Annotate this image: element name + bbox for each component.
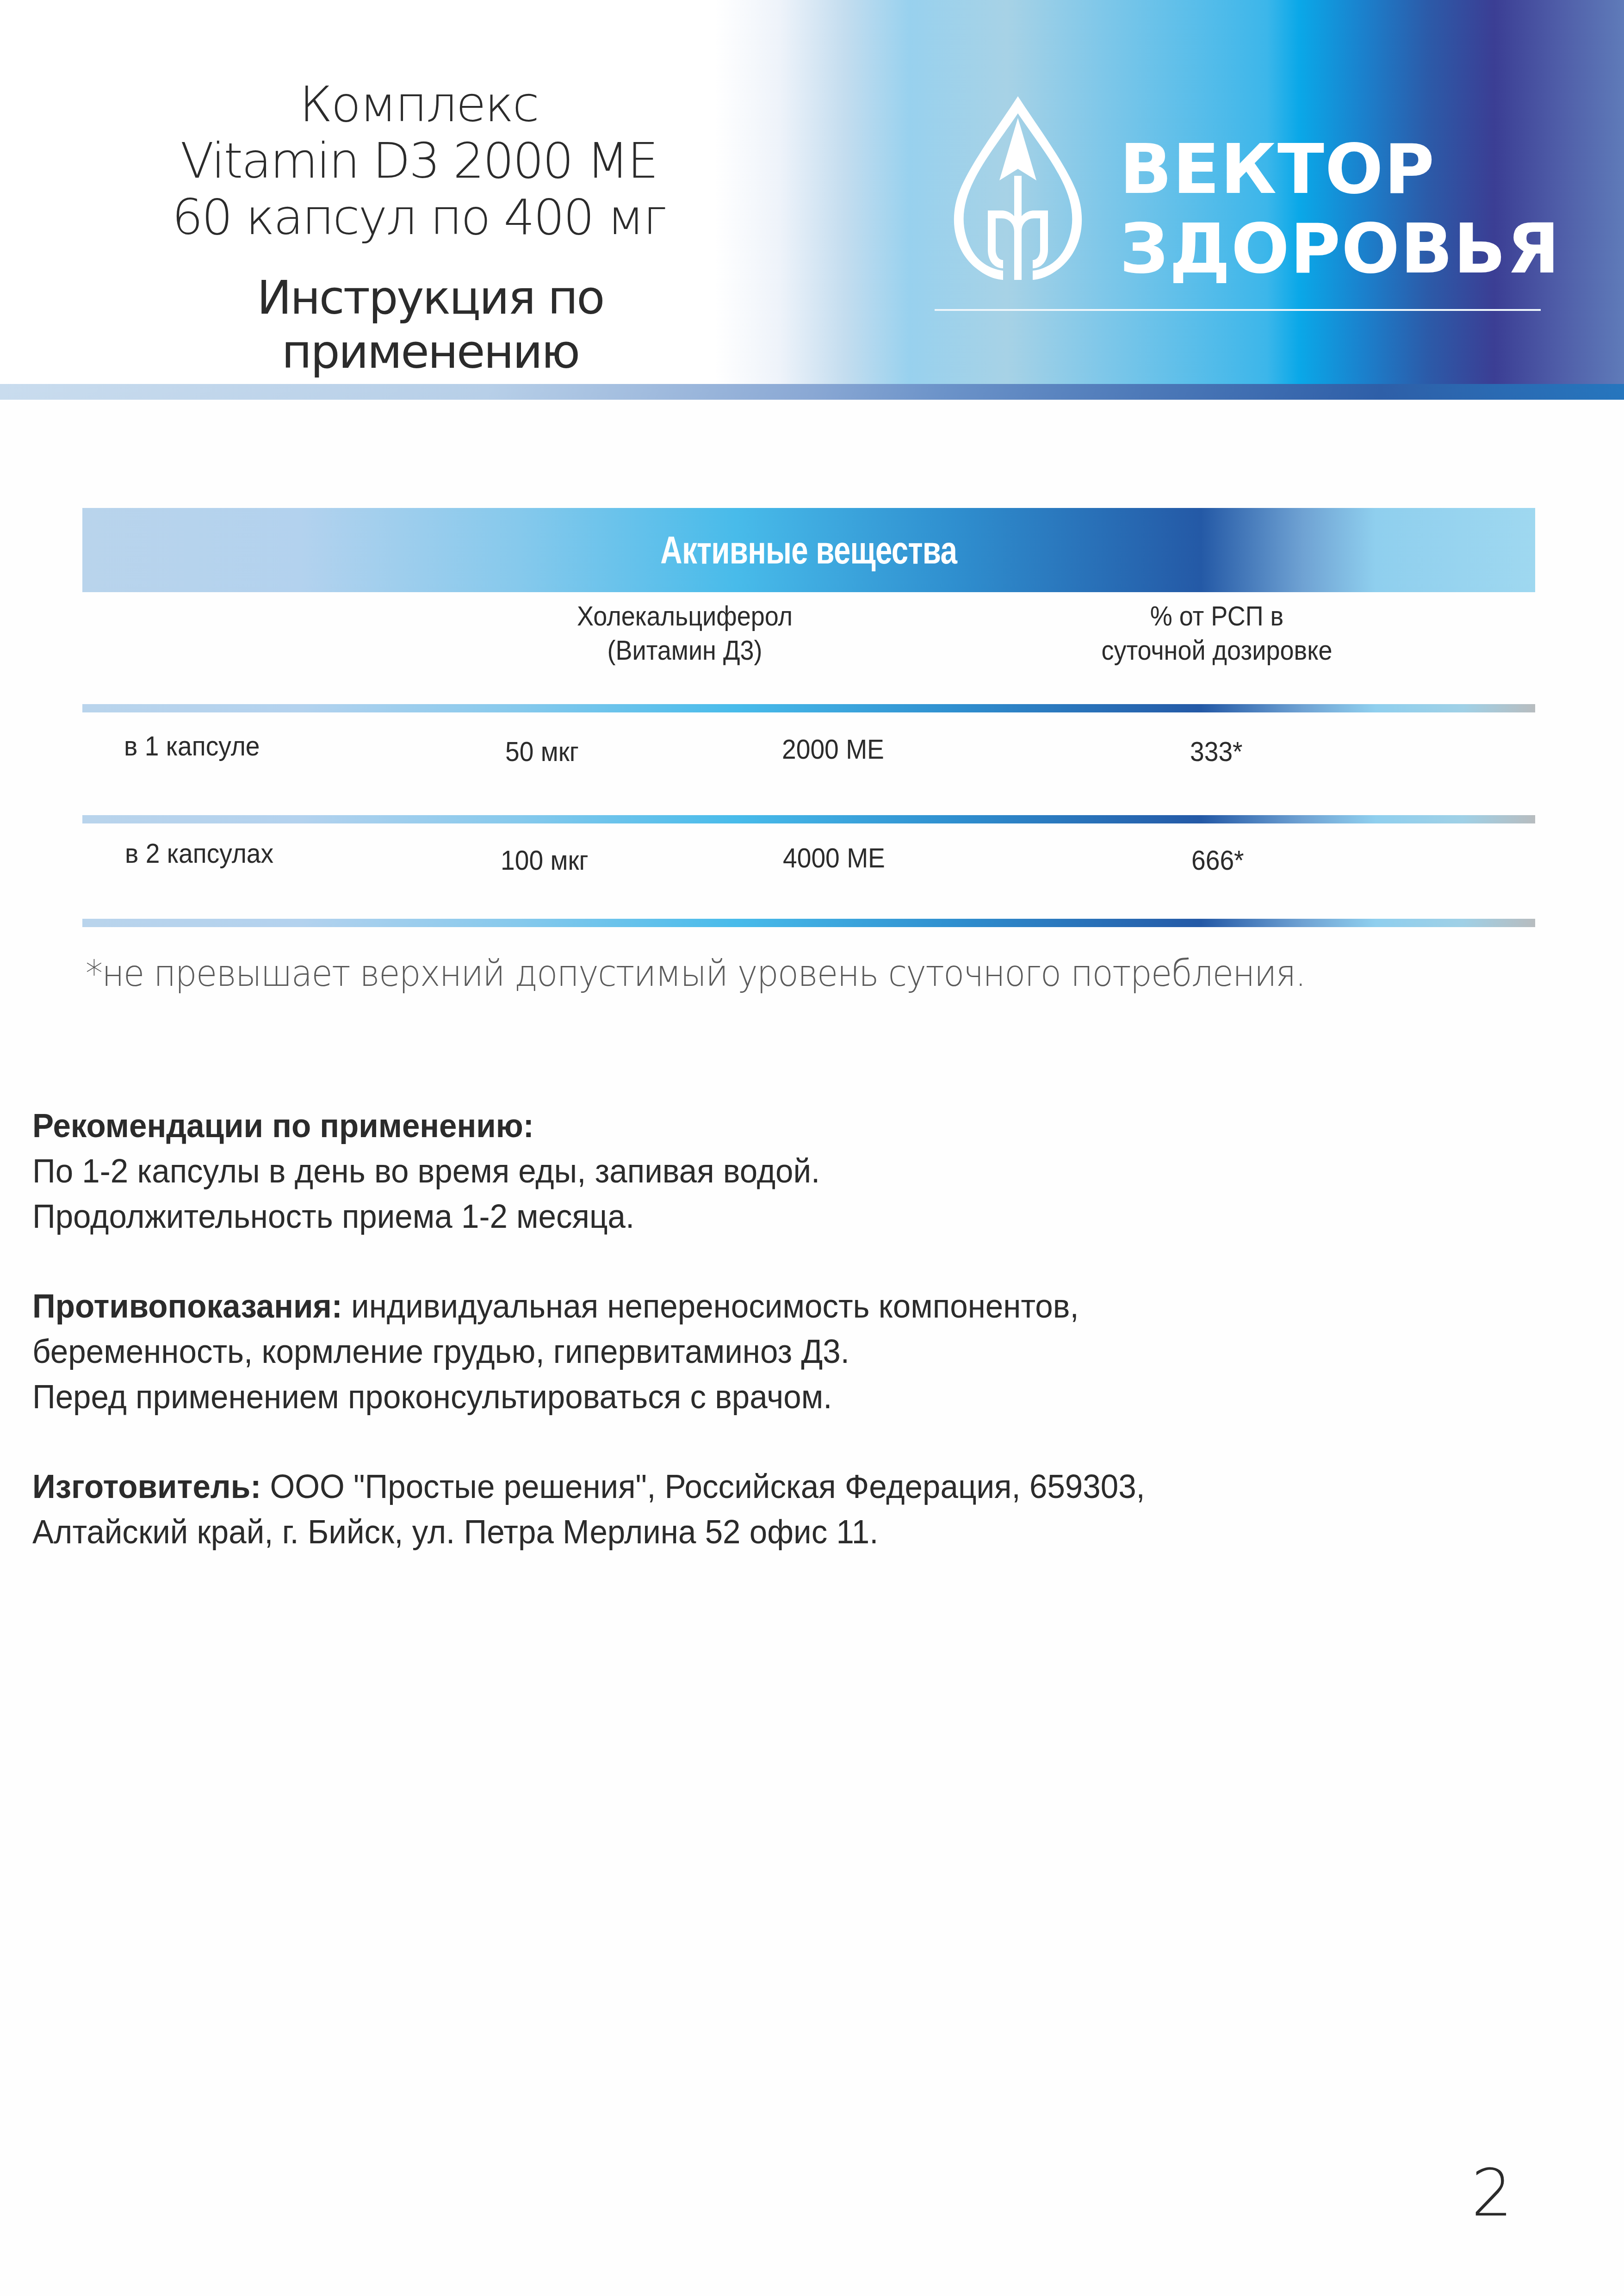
section-heading: Рекомендации по применению: — [32, 1108, 534, 1145]
brand-line: ВЕКТОР — [1120, 130, 1561, 209]
manufacturer-section: Изготовитель: ООО "Простые решения", Рос… — [32, 1464, 1145, 1555]
header-stripe — [0, 384, 1624, 400]
paragraph-line: индивидуальная непереносимость компонент… — [342, 1288, 1079, 1325]
row-units: 2000 МЕ — [782, 733, 884, 765]
drop-sprout-arrow-icon — [944, 93, 1092, 282]
paragraph-line: Перед применением проконсультироваться с… — [32, 1374, 1079, 1420]
brand-name: ВЕКТОР ЗДОРОВЬЯ — [1120, 130, 1561, 289]
divider — [935, 309, 1541, 311]
footnote: *не превышает верхний допустимый уровень… — [86, 953, 1305, 995]
document-subtitle: Инструкция по применению — [102, 271, 759, 379]
row-percent: 333* — [1190, 736, 1243, 767]
column-header-line: % от РСП в — [1050, 599, 1383, 633]
table-rule — [82, 919, 1535, 927]
table-rule — [82, 704, 1535, 712]
brand-line: ЗДОРОВЬЯ — [1120, 209, 1561, 289]
product-title: Комплекс Vitamin D3 2000 МЕ 60 капсул по… — [106, 76, 731, 246]
paragraph-line: ООО "Простые решения", Российская Федера… — [261, 1468, 1145, 1505]
page-number: 2 — [1471, 2156, 1512, 2231]
column-header-line: суточной дозировке — [1050, 633, 1383, 668]
paragraph-line: Продолжительность приема 1-2 месяца. — [32, 1194, 820, 1239]
paragraph-line: Алтайский край, г. Бийск, ул. Петра Мерл… — [32, 1510, 1145, 1555]
row-label: в 2 капсулах — [125, 837, 273, 869]
table-title: Активные вещества — [661, 528, 957, 573]
paragraph-line: беременность, кормление грудью, гипервит… — [32, 1329, 1079, 1374]
title-line: Комплекс — [106, 76, 731, 133]
recommendations-section: Рекомендации по применению: По 1-2 капсу… — [32, 1103, 820, 1239]
table-rule — [82, 815, 1535, 823]
section-heading: Изготовитель: — [32, 1468, 261, 1505]
row-label: в 1 капсуле — [124, 730, 260, 762]
row-mass: 50 мкг — [505, 736, 579, 767]
row-mass: 100 мкг — [501, 844, 589, 876]
paragraph-line: По 1-2 капсулы в день во время еды, запи… — [32, 1149, 820, 1194]
contraindications-section: Противопоказания: индивидуальная неперен… — [32, 1284, 1079, 1420]
column-header-percent: % от РСП в суточной дозировке — [1050, 599, 1383, 668]
table-header-bar: Активные вещества — [82, 508, 1535, 592]
row-units: 4000 МЕ — [783, 842, 885, 874]
section-heading: Противопоказания: — [32, 1288, 342, 1325]
column-header-substance: Холекальциферол (Витамин Д3) — [539, 599, 831, 668]
column-header-line: Холекальциферол — [539, 599, 831, 633]
title-line: 60 капсул по 400 мг — [106, 189, 731, 246]
title-line: Vitamin D3 2000 МЕ — [106, 133, 731, 189]
column-header-line: (Витамин Д3) — [539, 633, 831, 668]
row-percent: 666* — [1191, 844, 1244, 876]
